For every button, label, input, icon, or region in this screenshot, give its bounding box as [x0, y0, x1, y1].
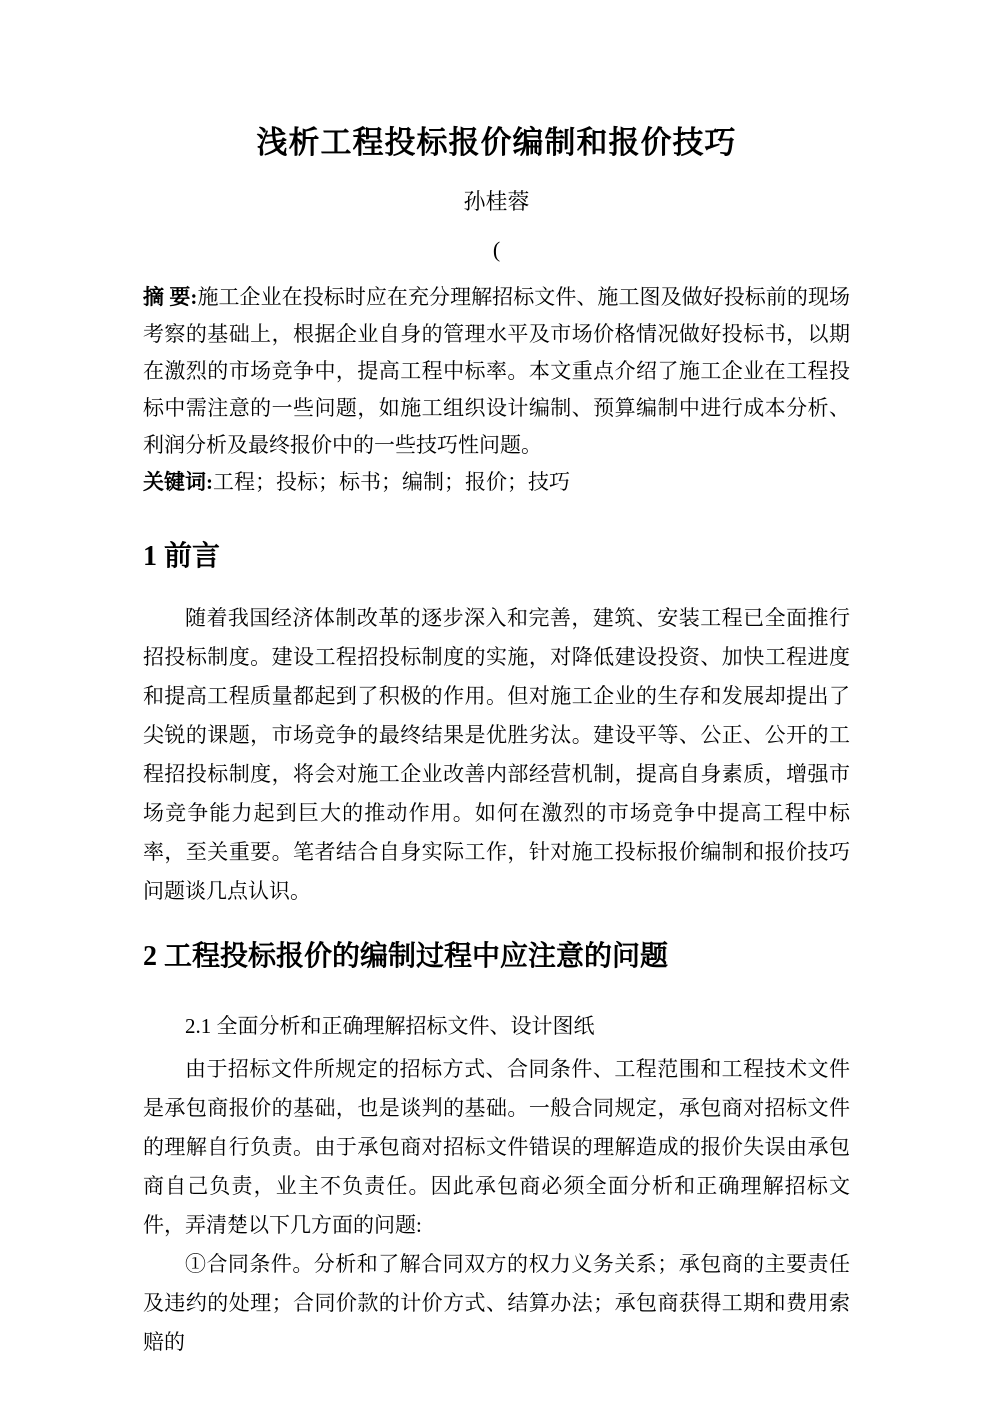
section-2-1-subheading: 2.1 全面分析和正确理解招标文件、设计图纸 [143, 1007, 850, 1045]
keywords-label: 关键词: [143, 470, 213, 494]
section-1-paragraph: 随着我国经济体制改革的逐步深入和完善，建筑、安装工程已全面推行招投标制度。建设工… [143, 599, 850, 911]
section-2-paragraph-1: 由于招标文件所规定的招标方式、合同条件、工程范围和工程技术文件是承包商报价的基础… [143, 1050, 850, 1245]
section-1-heading: 1 前言 [143, 537, 850, 577]
abstract-label: 摘 要: [143, 285, 197, 309]
keywords-line: 关键词:工程；投标；标书；编制；报价；技巧 [143, 464, 850, 501]
abstract-text: 施工企业在投标时应在充分理解招标文件、施工图及做好投标前的现场考察的基础上，根据… [143, 285, 850, 457]
keywords-text: 工程；投标；标书；编制；报价；技巧 [213, 470, 570, 494]
stray-open-parenthesis: ( [143, 235, 850, 265]
author-name: 孙桂蓉 [143, 187, 850, 217]
section-2-paragraph-2: ①合同条件。分析和了解合同双方的权力义务关系；承包商的主要责任及违约的处理；合同… [143, 1245, 850, 1362]
document-page: 浅析工程投标报价编制和报价技巧 孙桂蓉 ( 摘 要:施工企业在投标时应在充分理解… [0, 0, 993, 1404]
document-title: 浅析工程投标报价编制和报价技巧 [143, 0, 850, 165]
abstract-paragraph: 摘 要:施工企业在投标时应在充分理解招标文件、施工图及做好投标前的现场考察的基础… [143, 279, 850, 464]
section-2-heading: 2 工程投标报价的编制过程中应注意的问题 [143, 937, 850, 977]
